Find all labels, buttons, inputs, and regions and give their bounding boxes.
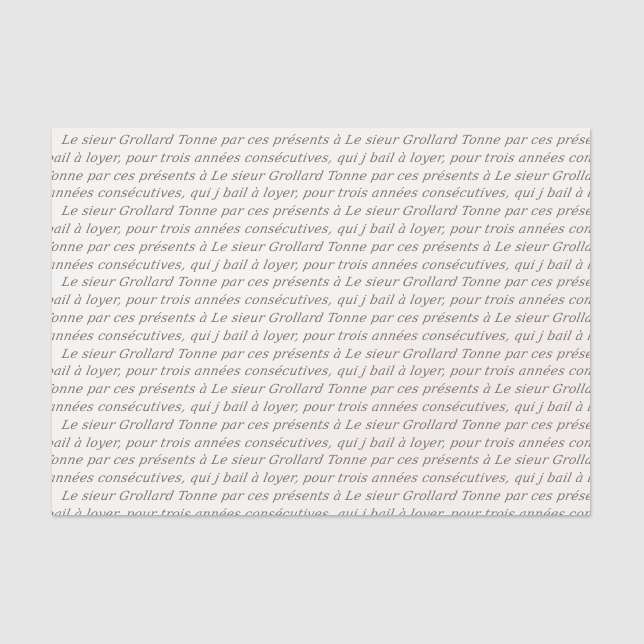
script-text-line: Le sieur Grollard Tonne par ces présents… [61,134,590,147]
script-text-line: bail à loyer, pour trois années consécut… [52,223,590,236]
script-text-line: bail à loyer, pour trois années consécut… [52,365,590,378]
script-text-line: Tonne par ces présents à Le sieur Grolla… [52,241,590,254]
script-text-line: bail à loyer, pour trois années consécut… [52,152,590,165]
script-text-line: bail à loyer, pour trois années consécut… [52,508,590,515]
script-text-line: Le sieur Grollard Tonne par ces présents… [61,276,590,289]
script-text-line: Tonne par ces présents à Le sieur Grolla… [52,312,590,325]
script-text-line: Le sieur Grollard Tonne par ces présents… [61,490,590,503]
script-text-line: années consécutives, qui j bail à loyer,… [52,472,590,485]
script-text-line: Le sieur Grollard Tonne par ces présents… [61,205,590,218]
script-text-line: Tonne par ces présents à Le sieur Grolla… [52,383,590,396]
script-text-line: années consécutives, qui j bail à loyer,… [52,330,590,343]
script-text-line: bail à loyer, pour trois années consécut… [52,294,590,307]
script-text-line: Le sieur Grollard Tonne par ces présents… [61,419,590,432]
product-photo-stage: Le sieur Grollard Tonne par ces présents… [0,0,644,644]
script-text-line: Tonne par ces présents à Le sieur Grolla… [52,454,590,467]
script-text-line: années consécutives, qui j bail à loyer,… [52,187,590,200]
script-pattern-mat: Le sieur Grollard Tonne par ces présents… [52,128,590,515]
script-text-line: bail à loyer, pour trois années consécut… [52,437,590,450]
script-text-line: années consécutives, qui j bail à loyer,… [52,259,590,272]
script-text-line: années consécutives, qui j bail à loyer,… [52,401,590,414]
script-text-line: Le sieur Grollard Tonne par ces présents… [61,348,590,361]
script-text-line: Tonne par ces présents à Le sieur Grolla… [52,170,590,183]
